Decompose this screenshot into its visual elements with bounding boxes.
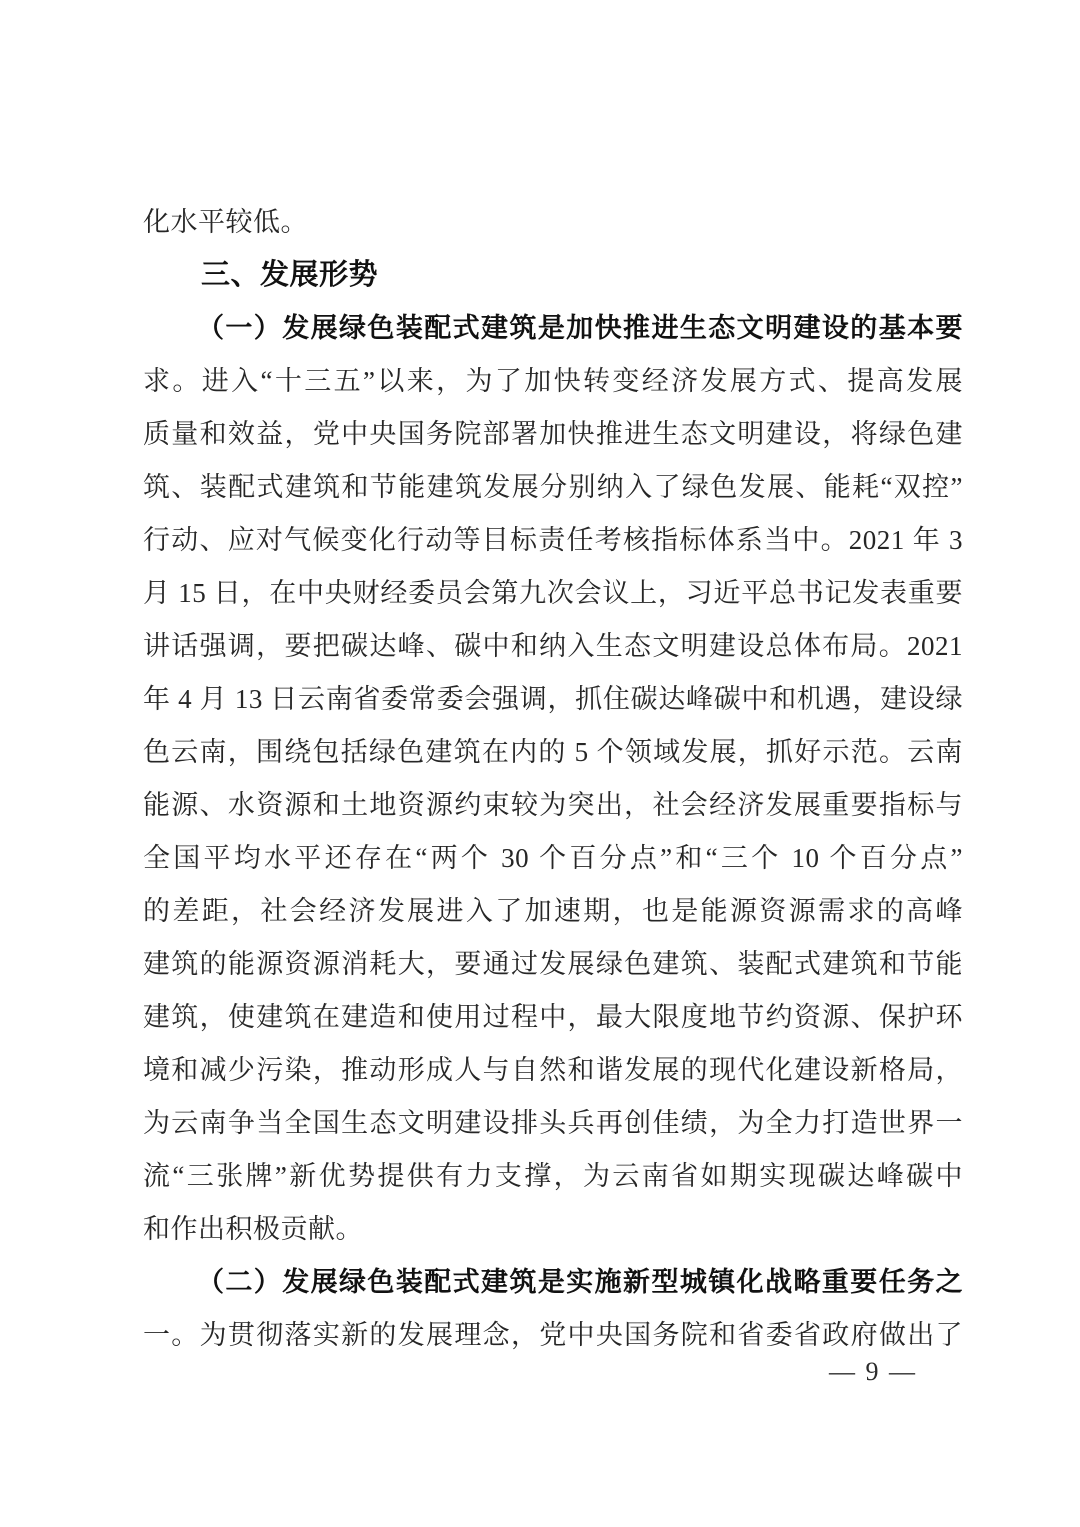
subsection-2-heading-line: （二）发展绿色装配式建筑是实施新型城镇化战略重要任务之	[143, 1256, 963, 1309]
body-line: 的差距，社会经济发展进入了加速期，也是能源资源需求的高峰期，	[143, 885, 963, 938]
subsection-1-heading-line: （一）发展绿色装配式建筑是加快推进生态文明建设的基本要	[143, 302, 963, 355]
body-line: 质量和效益，党中央国务院部署加快推进生态文明建设，将绿色建	[143, 408, 963, 461]
body-line: 能源、水资源和土地资源约束较为突出，社会经济发展重要指标与	[143, 779, 963, 832]
body-line: 筑、装配式建筑和节能建筑发展分别纳入了绿色发展、能耗“双控”	[143, 461, 963, 514]
page-number: — 9 —	[143, 1352, 963, 1392]
body-line: 境和减少污染，推动形成人与自然和谐发展的现代化建设新格局，	[143, 1044, 963, 1097]
paragraph-continuation-line: 化水平较低。	[143, 196, 963, 249]
body-line: 行动、应对气候变化行动等目标责任考核指标体系当中。2021 年 3	[143, 514, 963, 567]
body-line: 流“三张牌”新优势提供有力支撑，为云南省如期实现碳达峰碳中	[143, 1150, 963, 1203]
section-heading: 三、发展形势	[143, 249, 963, 302]
body-line: 建筑，使建筑在建造和使用过程中，最大限度地节约资源、保护环	[143, 991, 963, 1044]
body-text: 化水平较低。 三、发展形势 （一）发展绿色装配式建筑是加快推进生态文明建设的基本…	[143, 196, 963, 1362]
document-page: 化水平较低。 三、发展形势 （一）发展绿色装配式建筑是加快推进生态文明建设的基本…	[0, 0, 1080, 1527]
body-line: 求。进入“十三五”以来，为了加快转变经济发展方式、提高发展	[143, 355, 963, 408]
body-line: 和作出积极贡献。	[143, 1203, 963, 1256]
body-line: 建筑的能源资源消耗大，要通过发展绿色建筑、装配式建筑和节能	[143, 938, 963, 991]
body-line: 年 4 月 13 日云南省委常委会强调，抓住碳达峰碳中和机遇，建设绿	[143, 673, 963, 726]
body-line: 讲话强调，要把碳达峰、碳中和纳入生态文明建设总体布局。2021	[143, 620, 963, 673]
body-line: 为云南争当全国生态文明建设排头兵再创佳绩，为全力打造世界一	[143, 1097, 963, 1150]
body-line: 全国平均水平还存在“两个 30 个百分点”和“三个 10 个百分点”	[143, 832, 963, 885]
body-line: 月 15 日，在中央财经委员会第九次会议上，习近平总书记发表重要	[143, 567, 963, 620]
body-line: 色云南，围绕包括绿色建筑在内的 5 个领域发展，抓好示范。云南	[143, 726, 963, 779]
